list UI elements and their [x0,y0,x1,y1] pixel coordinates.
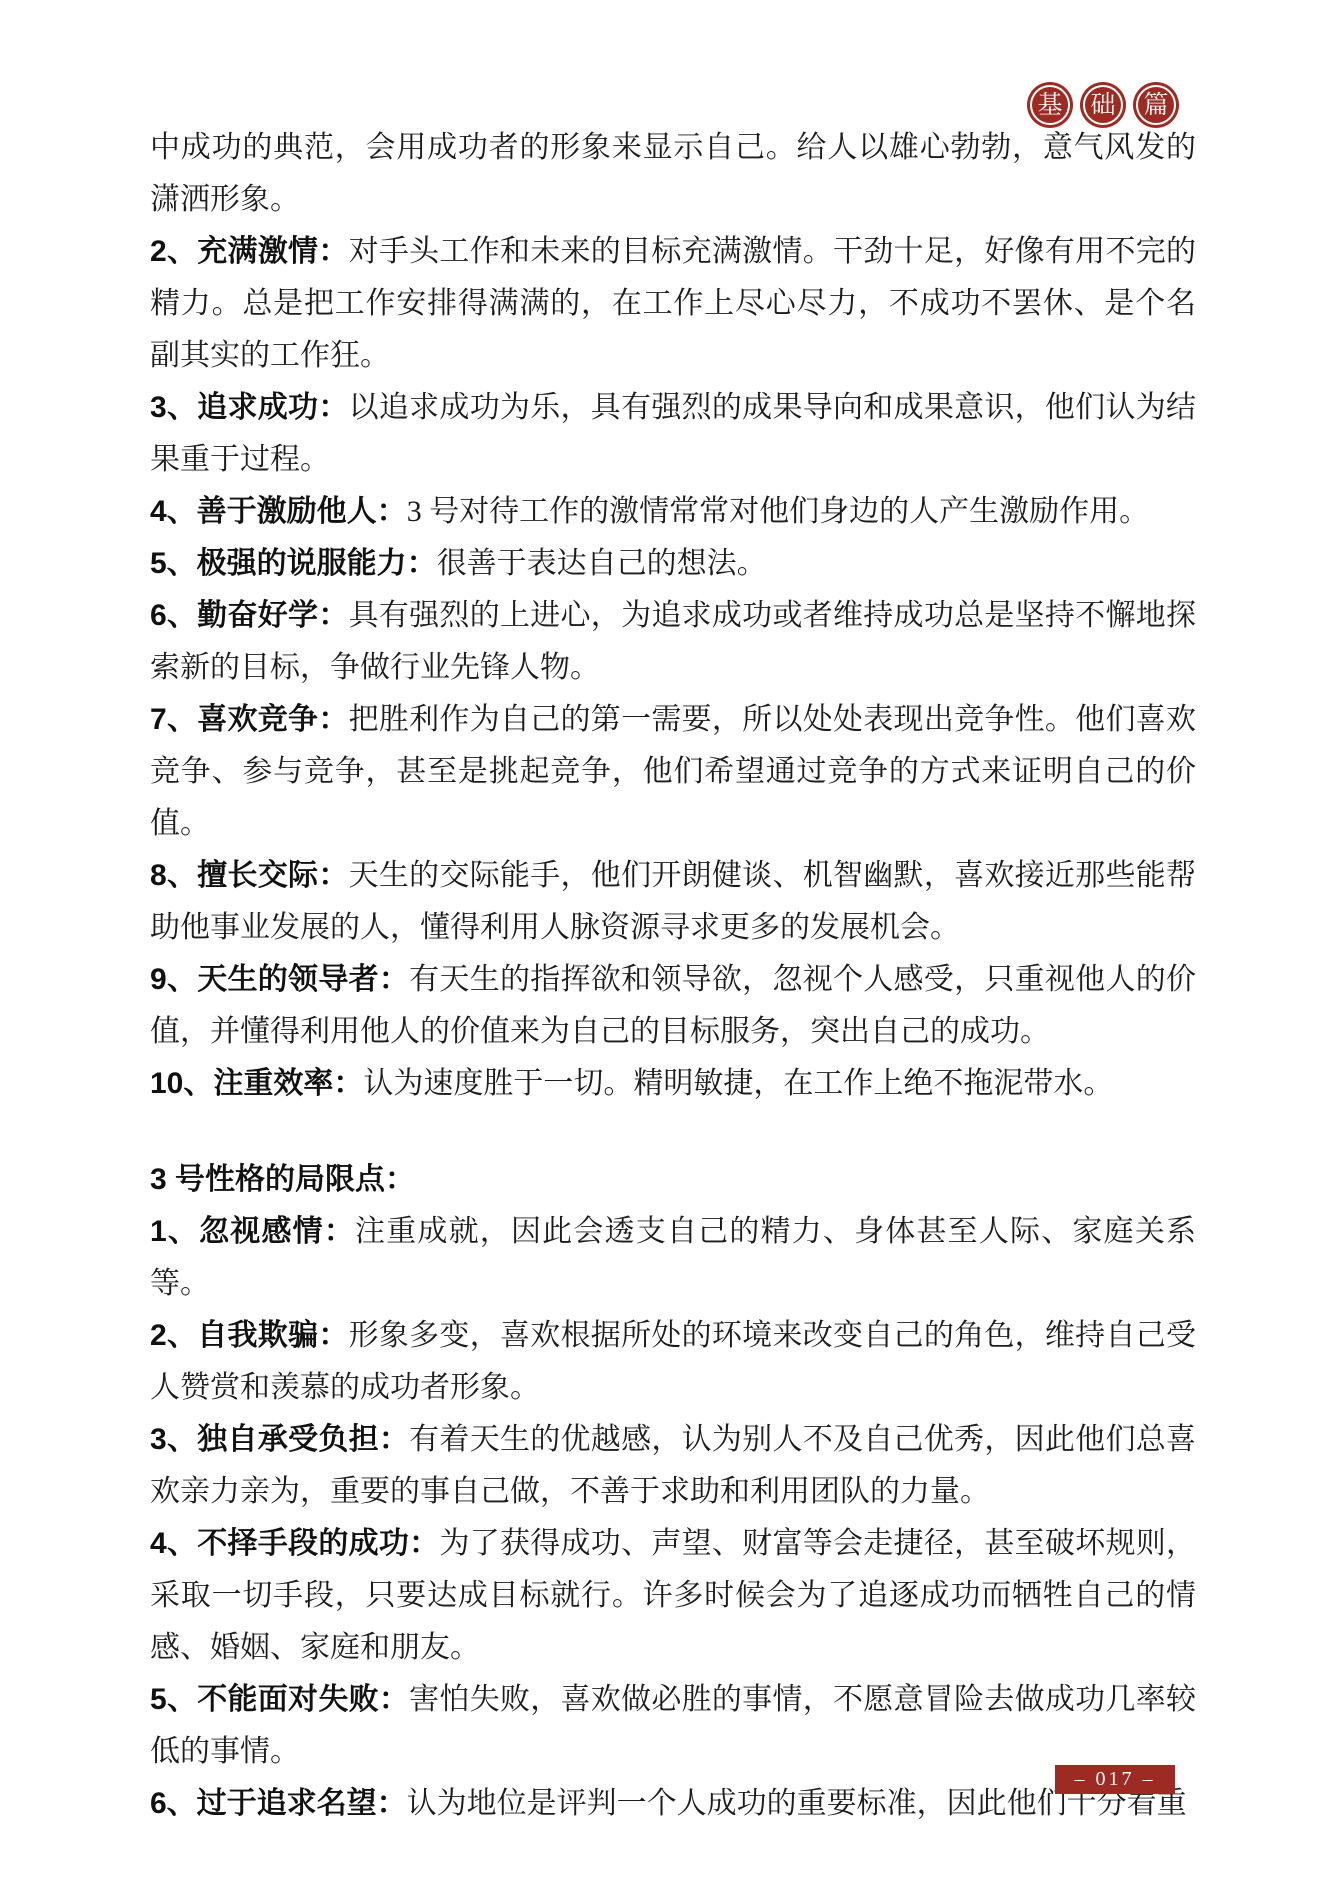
limitation-item: 5、不能面对失败：害怕失败，喜欢做必胜的事情，不愿意冒险去做成功几率较低的事情。 [150,1674,1196,1778]
item-label: 3、追求成功： [150,391,349,424]
item-label: 5、极强的说服能力： [150,547,437,580]
item-label: 3、独自承受负担： [150,1423,409,1456]
section-heading-limitations: 3 号性格的局限点： [150,1154,1196,1206]
body-text: 中成功的典范，会用成功者的形象来显示自己。给人以雄心勃勃，意气风发的潇洒形象。 … [150,122,1196,1830]
strength-item: 7、喜欢竞争：把胜利作为自己的第一需要，所以处处表现出竞争性。他们喜欢竞争、参与… [150,694,1196,850]
item-label: 2、充满激情： [150,235,349,268]
strength-item: 4、善于激励他人：3 号对待工作的激情常常对他们身边的人产生激励作用。 [150,486,1196,538]
item-label: 2、自我欺骗： [150,1319,349,1352]
item-label: 6、勤奋好学： [150,599,349,632]
seal-char: 基 [1037,93,1062,118]
strength-item: 2、充满激情：对手头工作和未来的目标充满激情。干劲十足，好像有用不完的精力。总是… [150,226,1196,382]
item-label: 9、天生的领导者： [150,963,409,996]
limitation-item: 1、忽视感情：注重成就，因此会透支自己的精力、身体甚至人际、家庭关系等。 [150,1206,1196,1310]
seal-char: 篇 [1143,93,1168,118]
limitation-item: 6、过于追求名望：认为地位是评判一个人成功的重要标准，因此他们十分看重 [150,1778,1196,1830]
item-label: 7、喜欢竞争： [150,703,349,736]
item-label: 5、不能面对失败： [150,1683,409,1716]
limitation-item: 2、自我欺骗：形象多变，喜欢根据所处的环境来改变自己的角色，维持自己受人赞赏和羡… [150,1310,1196,1414]
strength-item: 6、勤奋好学：具有强烈的上进心，为追求成功或者维持成功总是坚持不懈地探索新的目标… [150,590,1196,694]
item-text: 3 号对待工作的激情常常对他们身边的人产生激励作用。 [407,495,1150,528]
strength-item: 8、擅长交际：天生的交际能手，他们开朗健谈、机智幽默，喜欢接近那些能帮助他事业发… [150,850,1196,954]
limitation-item: 4、不择手段的成功：为了获得成功、声望、财富等会走捷径，甚至破坏规则，采取一切手… [150,1518,1196,1674]
strength-item: 3、追求成功：以追求成功为乐，具有强烈的成果导向和成果意识，他们认为结果重于过程… [150,382,1196,486]
seal-char: 础 [1090,93,1115,118]
page-number-badge: – 017 – [1055,1765,1175,1794]
book-page: 基 础 篇 中成功的典范，会用成功者的形象来显示自己。给人以雄心勃勃，意气风发的… [0,0,1339,1890]
intro-paragraph: 中成功的典范，会用成功者的形象来显示自己。给人以雄心勃勃，意气风发的潇洒形象。 [150,122,1196,226]
item-text: 很善于表达自己的想法。 [437,547,767,580]
item-text: 认为速度胜于一切。精明敏捷，在工作上绝不拖泥带水。 [363,1067,1113,1100]
item-label: 6、过于追求名望： [150,1787,407,1820]
item-label: 4、不择手段的成功： [150,1527,439,1560]
item-label: 4、善于激励他人： [150,495,407,528]
item-label: 8、擅长交际： [150,859,349,892]
limitation-item: 3、独自承受负担：有着天生的优越感，认为别人不及自己优秀，因此他们总喜欢亲力亲为… [150,1414,1196,1518]
strength-item: 9、天生的领导者：有天生的指挥欲和领导欲，忽视个人感受，只重视他人的价值，并懂得… [150,954,1196,1058]
strength-item: 10、注重效率：认为速度胜于一切。精明敏捷，在工作上绝不拖泥带水。 [150,1058,1196,1110]
item-label: 10、注重效率： [150,1067,363,1100]
item-label: 1、忽视感情： [150,1215,355,1248]
strength-item: 5、极强的说服能力：很善于表达自己的想法。 [150,538,1196,590]
